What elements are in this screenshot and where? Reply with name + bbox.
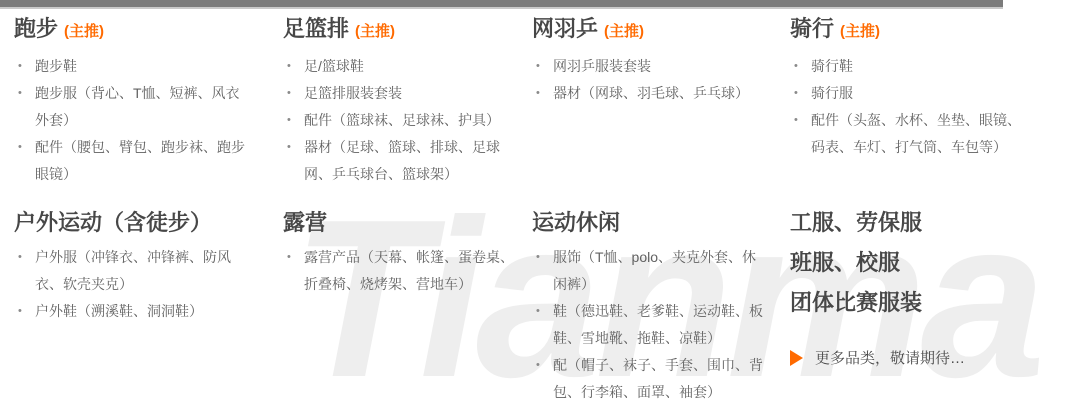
- list-item-text: 跑步鞋: [35, 58, 77, 74]
- list-item: •配件（头盔、水杯、坐垫、眼镜、码表、车灯、打气筒、车包等）: [790, 107, 1028, 161]
- list-item-text: 跑步服（背心、T恤、短裤、风衣外套）: [35, 85, 240, 128]
- bullet-icon: •: [287, 80, 291, 107]
- list-item-text: 配件（头盔、水杯、坐垫、眼镜、码表、车灯、打气筒、车包等）: [811, 112, 1021, 155]
- bullet-icon: •: [287, 134, 291, 161]
- category-title-ball-sports: 足篮排(主推): [283, 17, 532, 44]
- list-item-text: 服饰（T恤、polo、夹克外套、休闲裤）: [553, 249, 756, 292]
- category-ball-sports: 足篮排(主推) •足/篮球鞋 •足篮排服装套装 •配件（篮球袜、足球袜、护具） …: [283, 17, 532, 211]
- bullet-icon: •: [536, 244, 540, 271]
- list-item-text: 鞋（德迅鞋、老爹鞋、运动鞋、板鞋、雪地靴、拖鞋、凉鞋）: [553, 303, 763, 346]
- list-item-text: 配件（腰包、臂包、跑步袜、跑步眼镜）: [35, 139, 245, 182]
- list-item: •户外服（冲锋衣、冲锋裤、防风衣、软壳夹克）: [14, 244, 252, 298]
- list-item-text: 配（帽子、袜子、手套、围巾、背包、行李箱、面罩、袖套）: [553, 357, 763, 400]
- list-item-text: 骑行服: [811, 85, 853, 101]
- list-item-text: 露营产品（天幕、帐篷、蛋卷桌、折叠椅、烧烤架、营地车）: [304, 249, 514, 292]
- bullet-icon: •: [18, 298, 22, 325]
- list-item: •配件（篮球袜、足球袜、护具）: [283, 107, 521, 134]
- category-title-running: 跑步(主推): [14, 17, 283, 44]
- list-item-text: 配件（篮球袜、足球袜、护具）: [304, 112, 500, 128]
- main-push-tag: (主推): [64, 23, 104, 40]
- list-item-text: 足篮排服装套装: [304, 85, 402, 101]
- category-row-2: 户外运动（含徒步） •户外服（冲锋衣、冲锋裤、防风衣、软壳夹克） •户外鞋（溯溪…: [14, 211, 1080, 406]
- bullet-icon: •: [536, 80, 540, 107]
- more-categories-text: 更多品类，敬请期待…: [815, 347, 965, 368]
- list-item: •露营产品（天幕、帐篷、蛋卷桌、折叠椅、烧烤架、营地车）: [283, 244, 521, 298]
- category-title-sports-casual: 运动休闲: [532, 211, 790, 235]
- bullet-icon: •: [536, 298, 540, 325]
- list-item: •网羽乒服装套装: [532, 53, 770, 80]
- category-title-text: 户外运动（含徒步）: [14, 210, 212, 235]
- more-categories: 更多品类，敬请期待…: [790, 347, 1080, 368]
- bullet-icon: •: [536, 53, 540, 80]
- category-outdoor: 户外运动（含徒步） •户外服（冲锋衣、冲锋裤、防风衣、软壳夹克） •户外鞋（溯溪…: [14, 211, 283, 406]
- category-title-text: 网羽乒: [532, 16, 598, 41]
- bullet-icon: •: [287, 244, 291, 271]
- category-title-text: 骑行: [790, 16, 834, 41]
- list-item: •鞋（德迅鞋、老爹鞋、运动鞋、板鞋、雪地靴、拖鞋、凉鞋）: [532, 298, 770, 352]
- category-title-cycling: 骑行(主推): [790, 17, 1080, 44]
- category-item-list: •跑步鞋 •跑步服（背心、T恤、短裤、风衣外套） •配件（腰包、臂包、跑步袜、跑…: [14, 53, 252, 188]
- bullet-icon: •: [18, 80, 22, 107]
- list-item: •配（帽子、袜子、手套、围巾、背包、行李箱、面罩、袖套）: [532, 352, 770, 406]
- bullet-icon: •: [18, 53, 22, 80]
- category-item-list: •足/篮球鞋 •足篮排服装套装 •配件（篮球袜、足球袜、护具） •器材（足球、篮…: [283, 53, 521, 188]
- uniform-line-work: 工服、劳保服: [790, 211, 1080, 235]
- main-push-tag: (主推): [840, 23, 880, 40]
- category-overview: 跑步(主推) •跑步鞋 •跑步服（背心、T恤、短裤、风衣外套） •配件（腰包、臂…: [0, 0, 1080, 406]
- category-running: 跑步(主推) •跑步鞋 •跑步服（背心、T恤、短裤、风衣外套） •配件（腰包、臂…: [14, 17, 283, 211]
- uniform-line-class: 班服、校服: [790, 251, 1080, 275]
- play-triangle-icon: [790, 350, 803, 366]
- category-title-camping: 露营: [283, 211, 532, 235]
- list-item: •器材（网球、羽毛球、乒乓球）: [532, 80, 770, 107]
- bullet-icon: •: [794, 107, 798, 134]
- list-item: •足篮排服装套装: [283, 80, 521, 107]
- main-push-tag: (主推): [355, 23, 395, 40]
- category-uniforms: 工服、劳保服 班服、校服 团体比赛服装 更多品类，敬请期待…: [790, 211, 1080, 406]
- category-item-list: •网羽乒服装套装 •器材（网球、羽毛球、乒乓球）: [532, 53, 770, 107]
- list-item-text: 骑行鞋: [811, 58, 853, 74]
- bullet-icon: •: [18, 134, 22, 161]
- list-item-text: 足/篮球鞋: [304, 58, 364, 74]
- category-title-racket-sports: 网羽乒(主推): [532, 17, 790, 44]
- bullet-icon: •: [794, 80, 798, 107]
- category-row-1: 跑步(主推) •跑步鞋 •跑步服（背心、T恤、短裤、风衣外套） •配件（腰包、臂…: [14, 17, 1080, 211]
- list-item: •配件（腰包、臂包、跑步袜、跑步眼镜）: [14, 134, 252, 188]
- category-item-list: •服饰（T恤、polo、夹克外套、休闲裤） •鞋（德迅鞋、老爹鞋、运动鞋、板鞋、…: [532, 244, 770, 406]
- list-item-text: 网羽乒服装套装: [553, 58, 651, 74]
- category-cycling: 骑行(主推) •骑行鞋 •骑行服 •配件（头盔、水杯、坐垫、眼镜、码表、车灯、打…: [790, 17, 1080, 211]
- list-item: •器材（足球、篮球、排球、足球网、乒乓球台、篮球架）: [283, 134, 521, 188]
- category-sports-casual: 运动休闲 •服饰（T恤、polo、夹克外套、休闲裤） •鞋（德迅鞋、老爹鞋、运动…: [532, 211, 790, 406]
- list-item: •骑行鞋: [790, 53, 1028, 80]
- list-item-text: 器材（网球、羽毛球、乒乓球）: [553, 85, 749, 101]
- list-item-text: 户外服（冲锋衣、冲锋裤、防风衣、软壳夹克）: [35, 249, 231, 292]
- category-title-text: 露营: [283, 210, 327, 235]
- category-item-list: •户外服（冲锋衣、冲锋裤、防风衣、软壳夹克） •户外鞋（溯溪鞋、洞洞鞋）: [14, 244, 252, 325]
- uniform-line-team: 团体比赛服装: [790, 291, 1080, 315]
- category-item-list: •露营产品（天幕、帐篷、蛋卷桌、折叠椅、烧烤架、营地车）: [283, 244, 521, 298]
- list-item: •户外鞋（溯溪鞋、洞洞鞋）: [14, 298, 252, 325]
- list-item-text: 器材（足球、篮球、排球、足球网、乒乓球台、篮球架）: [304, 139, 500, 182]
- bullet-icon: •: [287, 107, 291, 134]
- bullet-icon: •: [18, 244, 22, 271]
- list-item: •服饰（T恤、polo、夹克外套、休闲裤）: [532, 244, 770, 298]
- list-item: •足/篮球鞋: [283, 53, 521, 80]
- top-divider-bar: [0, 0, 1003, 9]
- category-item-list: •骑行鞋 •骑行服 •配件（头盔、水杯、坐垫、眼镜、码表、车灯、打气筒、车包等）: [790, 53, 1028, 161]
- list-item-text: 户外鞋（溯溪鞋、洞洞鞋）: [35, 303, 203, 319]
- main-push-tag: (主推): [604, 23, 644, 40]
- bullet-icon: •: [287, 53, 291, 80]
- list-item: •跑步鞋: [14, 53, 252, 80]
- category-title-outdoor: 户外运动（含徒步）: [14, 211, 283, 235]
- bullet-icon: •: [794, 53, 798, 80]
- category-racket-sports: 网羽乒(主推) •网羽乒服装套装 •器材（网球、羽毛球、乒乓球）: [532, 17, 790, 211]
- category-title-text: 跑步: [14, 16, 58, 41]
- list-item: •骑行服: [790, 80, 1028, 107]
- bullet-icon: •: [536, 352, 540, 379]
- list-item: •跑步服（背心、T恤、短裤、风衣外套）: [14, 80, 252, 134]
- category-title-text: 足篮排: [283, 16, 349, 41]
- category-camping: 露营 •露营产品（天幕、帐篷、蛋卷桌、折叠椅、烧烤架、营地车）: [283, 211, 532, 406]
- category-title-text: 运动休闲: [532, 210, 620, 235]
